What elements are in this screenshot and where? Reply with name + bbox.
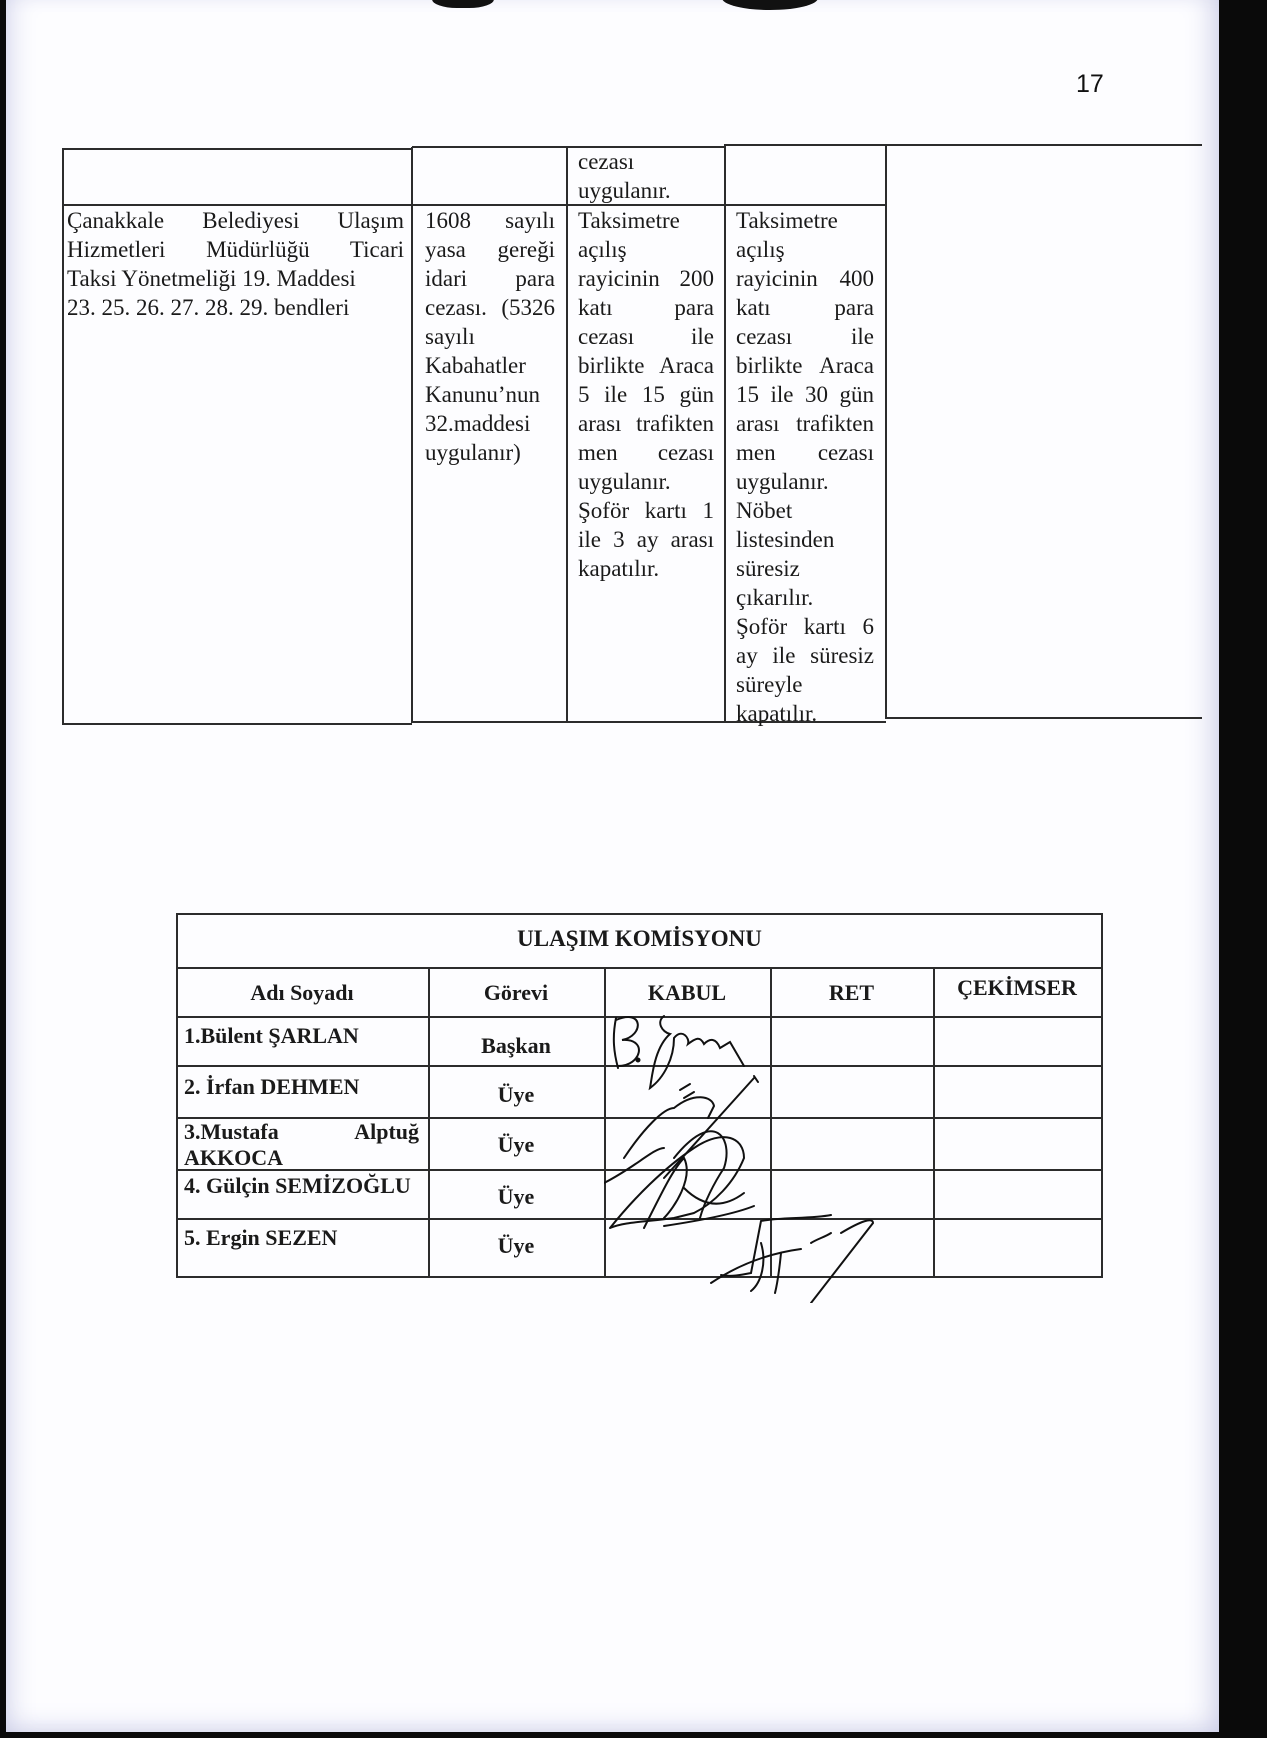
table-border bbox=[724, 144, 1202, 146]
member-name: 4. Gülçin SEMİZOĞLU bbox=[184, 1169, 411, 1203]
table-border bbox=[62, 148, 412, 150]
regulation-penalty-table: cezası uygulanır. Çanakkale Belediyesi U… bbox=[0, 0, 1267, 760]
member-role: Üye bbox=[428, 1075, 604, 1115]
column-divider bbox=[933, 967, 935, 1278]
table-border bbox=[176, 1276, 1103, 1278]
member-role: Başkan bbox=[428, 1026, 604, 1066]
cell-first-offense-penalty: Taksimetre açılış rayicinin 200 katı par… bbox=[578, 206, 714, 583]
member-role: Üye bbox=[428, 1226, 604, 1266]
table-border bbox=[62, 723, 412, 725]
cell-regulation-reference: Çanakkale Belediyesi Ulaşım Hizmetleri M… bbox=[67, 206, 404, 322]
member-name: 1.Bülent ŞARLAN bbox=[184, 1016, 359, 1056]
member-role: Üye bbox=[428, 1125, 604, 1165]
column-divider bbox=[411, 147, 413, 723]
header-reject: RET bbox=[770, 969, 933, 1017]
column-divider bbox=[566, 146, 568, 722]
cell-repeat-offense-penalty: Taksimetre açılış rayicinin 400 katı par… bbox=[736, 206, 874, 728]
header-name: Adı Soyadı bbox=[176, 969, 428, 1017]
cell-legal-basis: 1608 sayılı yasa gereği idari para cezas… bbox=[425, 206, 555, 467]
header-abstain: ÇEKİMSER bbox=[933, 969, 1101, 1007]
column-divider bbox=[724, 145, 726, 721]
header-role: Görevi bbox=[428, 969, 604, 1017]
header-accept: KABUL bbox=[604, 969, 770, 1017]
member-name: 3.Mustafa Alptuğ AKKOCA bbox=[184, 1119, 419, 1171]
member-name: 5. Ergin SEZEN bbox=[184, 1218, 337, 1258]
committee-vote-table: ULAŞIM KOMİSYONU Adı Soyadı Görevi KABUL… bbox=[176, 913, 1103, 1278]
column-divider bbox=[62, 148, 64, 724]
committee-title: ULAŞIM KOMİSYONU bbox=[176, 913, 1103, 968]
member-role: Üye bbox=[428, 1177, 604, 1217]
member-name: 2. İrfan DEHMEN bbox=[184, 1067, 359, 1107]
column-divider bbox=[885, 145, 887, 719]
signature-icon bbox=[604, 1008, 804, 1233]
cell-continued-penalty: cezası uygulanır. bbox=[578, 147, 718, 205]
table-border bbox=[886, 717, 1202, 719]
